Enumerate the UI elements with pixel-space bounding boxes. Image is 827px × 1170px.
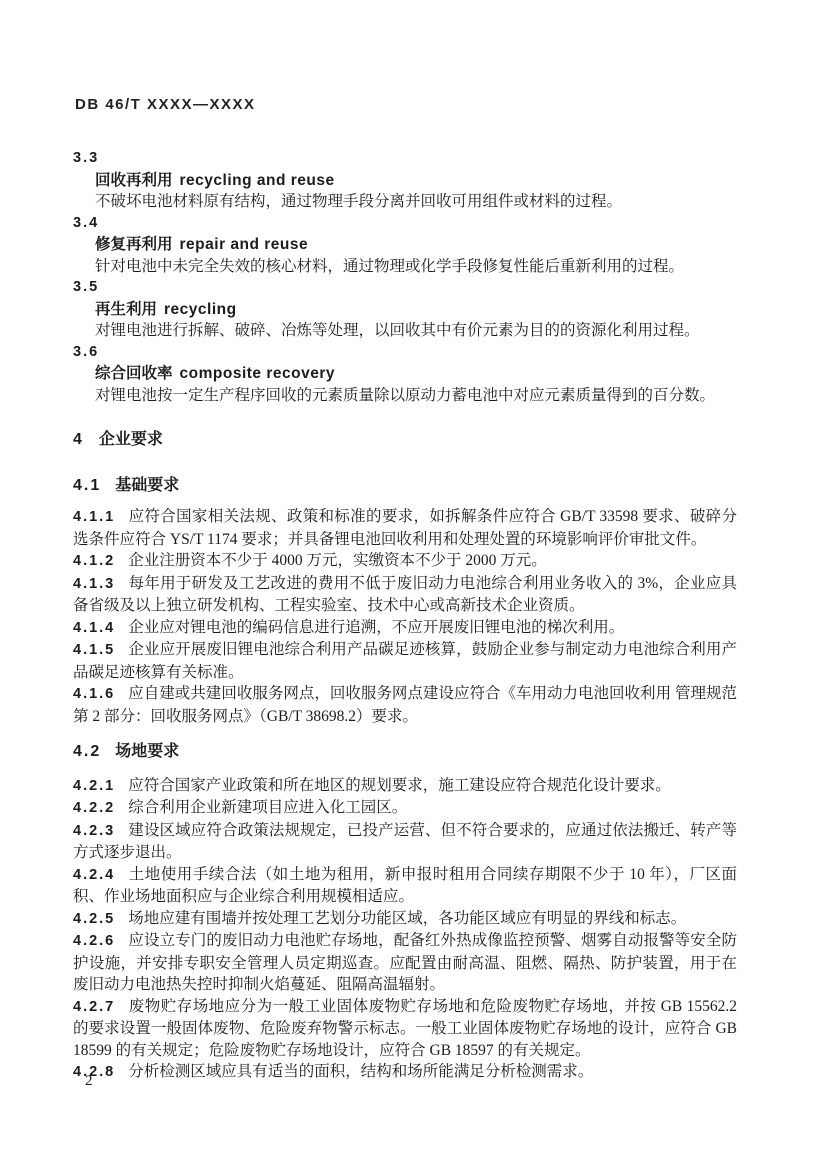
- clause-number: 4.2.3: [73, 823, 115, 839]
- term-en: recycling: [164, 301, 237, 318]
- standard-number: DB 46/T XXXX—XXXX: [75, 96, 256, 113]
- term-zh: 综合回收率: [95, 365, 173, 382]
- clause-text: 应符合国家产业政策和所在地区的规划要求，施工建设应符合规范化设计要求。: [128, 777, 671, 794]
- clause-text: 企业应对锂电池的编码信息进行追溯，不应开展废旧锂电池的梯次利用。: [128, 619, 624, 636]
- clause: 4.1.3每年用于研发及工艺改进的费用不低于废旧动力电池综合利用业务收入的 3%…: [73, 573, 737, 617]
- clause: 4.2.1应符合国家产业政策和所在地区的规划要求，施工建设应符合规范化设计要求。: [73, 775, 737, 798]
- clause-number: 4.1.6: [73, 686, 115, 702]
- clause: 4.1.5企业应开展废旧锂电池综合利用产品碳足迹核算，鼓励企业参与制定动力电池综…: [73, 639, 737, 683]
- chapter-title: 企业要求: [99, 431, 163, 448]
- clause: 4.1.4企业应对锂电池的编码信息进行追溯，不应开展废旧锂电池的梯次利用。: [73, 617, 737, 640]
- term-definition: 对锂电池按一定生产程序回收的元素质量除以原动力蓄电池中对应元素质量得到的百分数。: [73, 385, 737, 407]
- clause: 4.2.2综合利用企业新建项目应进入化工园区。: [73, 797, 737, 820]
- clause: 4.2.5场地应建有围墙并按处理工艺划分功能区域，各功能区域应有明显的界线和标志…: [73, 908, 737, 931]
- clause-number: 4.1.4: [73, 620, 115, 636]
- section-title: 基础要求: [115, 477, 179, 494]
- clause: 4.2.4土地使用手续合法（如土地为租用，新申报时租用合同续存期限不少于 10 …: [73, 864, 737, 908]
- term-definition: 不破坏电池材料原有结构，通过物理手段分离并回收可用组件或材料的过程。: [73, 191, 737, 213]
- chapter-number: 4: [73, 431, 83, 448]
- clause-text: 应自建或共建回收服务网点，回收服务网点建设应符合《车用动力电池回收利用 管理规范…: [73, 685, 737, 725]
- document-page: DB 46/T XXXX—XXXX 3.3 回收再利用recycling and…: [0, 0, 827, 1170]
- clause-number: 4.1.5: [73, 642, 115, 658]
- clause-text: 应设立专门的废旧动力电池贮存场地，配备红外热成像监控预警、烟雾自动报警等安全防护…: [73, 932, 737, 993]
- clause-number: 4.2.4: [73, 867, 115, 883]
- term-definition: 对锂电池进行拆解、破碎、冶炼等处理，以回收其中有价元素为目的的资源化利用过程。: [73, 320, 737, 342]
- clause-number: 4.1.3: [73, 576, 115, 592]
- page-number: 2: [85, 1073, 93, 1089]
- clause-number: 4.2.7: [73, 999, 115, 1015]
- section-heading: 4.1基础要求: [73, 475, 737, 497]
- clause-number: 4.2.5: [73, 911, 115, 927]
- clause-text: 企业应开展废旧锂电池综合利用产品碳足迹核算，鼓励企业参与制定动力电池综合利用产品…: [73, 641, 737, 681]
- clause-text: 场地应建有围墙并按处理工艺划分功能区域，各功能区域应有明显的界线和标志。: [128, 910, 686, 927]
- clause: 4.2.8分析检测区域应具有适当的面积，结构和场所能满足分析检测需求。: [73, 1061, 737, 1084]
- clause-number: 4.2.6: [73, 933, 115, 949]
- clause-text: 每年用于研发及工艺改进的费用不低于废旧动力电池综合利用业务收入的 3%，企业应具…: [73, 575, 737, 615]
- clause: 4.1.2企业注册资本不少于 4000 万元，实缴资本不少于 2000 万元。: [73, 550, 737, 573]
- term-zh: 回收再利用: [95, 172, 173, 189]
- section-heading: 4.2场地要求: [73, 741, 737, 763]
- term-zh: 修复再利用: [95, 236, 173, 253]
- clause-number: 4.2.2: [73, 800, 115, 816]
- page-header: DB 46/T XXXX—XXXX: [0, 0, 827, 114]
- clause: 4.2.3建设区域应符合政策法规规定，已投产运营、但不符合要求的，应通过依法搬迁…: [73, 820, 737, 864]
- term-en: repair and reuse: [180, 236, 309, 253]
- clause-number: 4.1.2: [73, 553, 115, 569]
- clause: 4.2.7废物贮存场地应分为一般工业固体废物贮存场地和危险废物贮存场地，并按 G…: [73, 996, 737, 1062]
- term-item: 3.5 再生利用recycling 对锂电池进行拆解、破碎、冶炼等处理，以回收其…: [73, 277, 737, 342]
- term-heading: 再生利用recycling: [73, 299, 737, 321]
- term-item: 3.3 回收再利用recycling and reuse 不破坏电池材料原有结构…: [73, 148, 737, 213]
- clause-text: 建设区域应符合政策法规规定，已投产运营、但不符合要求的，应通过依法搬迁、转产等方…: [73, 822, 737, 862]
- clause-text: 分析检测区域应具有适当的面积，结构和场所能满足分析检测需求。: [128, 1063, 593, 1080]
- term-heading: 综合回收率composite recovery: [73, 363, 737, 385]
- clause: 4.1.6应自建或共建回收服务网点，回收服务网点建设应符合《车用动力电池回收利用…: [73, 683, 737, 727]
- clause-text: 废物贮存场地应分为一般工业固体废物贮存场地和危险废物贮存场地，并按 GB 155…: [73, 998, 737, 1059]
- clause-number: 4.1.1: [73, 509, 115, 525]
- clause-number: 4.2.8: [73, 1064, 115, 1080]
- clause-text: 企业注册资本不少于 4000 万元，实缴资本不少于 2000 万元。: [128, 552, 547, 569]
- term-en: recycling and reuse: [180, 172, 335, 189]
- term-number: 3.4: [73, 213, 737, 235]
- clause-text: 应符合国家相关法规、政策和标准的要求，如拆解条件应符合 GB/T 33598 要…: [73, 508, 737, 548]
- term-zh: 再生利用: [95, 301, 157, 318]
- clause: 4.2.6应设立专门的废旧动力电池贮存场地，配备红外热成像监控预警、烟雾自动报警…: [73, 930, 737, 996]
- clause: 4.1.1应符合国家相关法规、政策和标准的要求，如拆解条件应符合 GB/T 33…: [73, 506, 737, 550]
- clause-text: 综合利用企业新建项目应进入化工园区。: [128, 799, 407, 816]
- clause-number: 4.2.1: [73, 778, 115, 794]
- term-en: composite recovery: [180, 365, 335, 382]
- chapter-heading: 4企业要求: [73, 429, 737, 451]
- section-number: 4.2: [73, 743, 101, 760]
- term-definition: 针对电池中未完全失效的核心材料，通过物理或化学手段修复性能后重新利用的过程。: [73, 256, 737, 278]
- page-footer: 2: [85, 1073, 93, 1090]
- clause-text: 土地使用手续合法（如土地为租用，新申报时租用合同续存期限不少于 10 年），厂区…: [73, 866, 737, 906]
- term-heading: 修复再利用repair and reuse: [73, 234, 737, 256]
- term-item: 3.4 修复再利用repair and reuse 针对电池中未完全失效的核心材…: [73, 213, 737, 278]
- section-number: 4.1: [73, 477, 101, 494]
- document-content: 3.3 回收再利用recycling and reuse 不破坏电池材料原有结构…: [0, 114, 827, 1084]
- term-heading: 回收再利用recycling and reuse: [73, 170, 737, 192]
- term-item: 3.6 综合回收率composite recovery 对锂电池按一定生产程序回…: [73, 342, 737, 407]
- term-number: 3.3: [73, 148, 737, 170]
- term-number: 3.5: [73, 277, 737, 299]
- term-number: 3.6: [73, 342, 737, 364]
- section-title: 场地要求: [115, 743, 179, 760]
